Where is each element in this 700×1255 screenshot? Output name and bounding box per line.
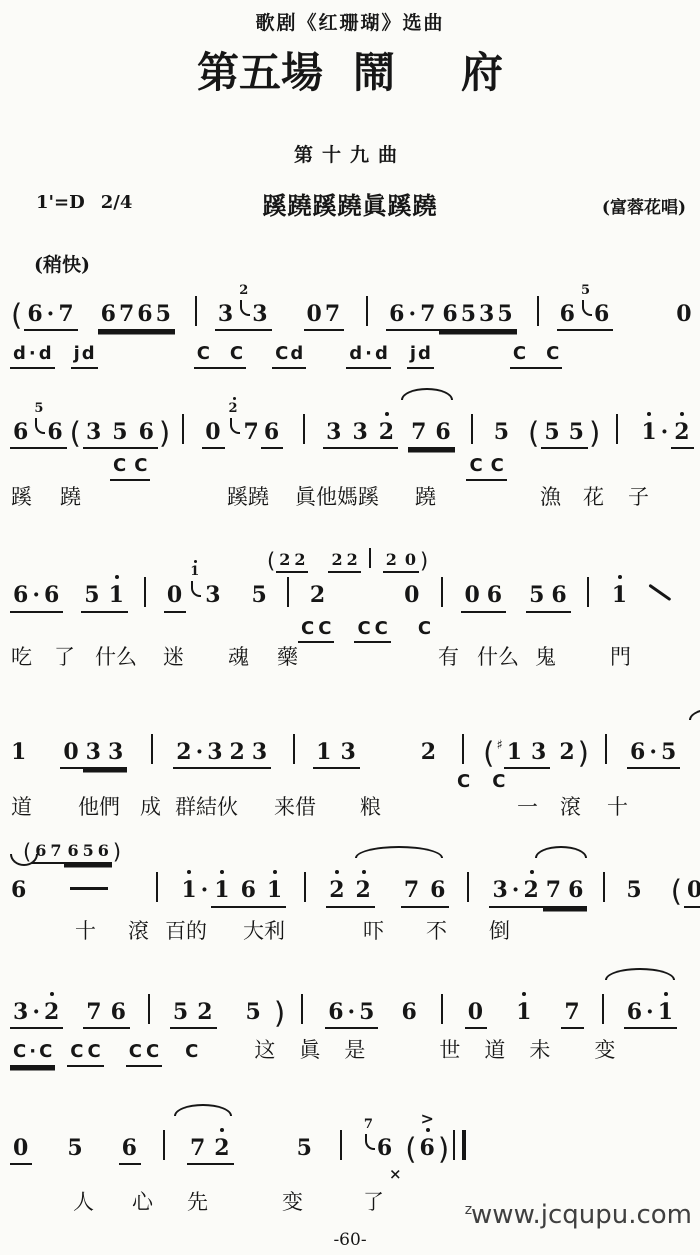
barline xyxy=(287,577,289,607)
barline xyxy=(293,734,295,764)
lyrics-row: 吃了什么迷魂藥有什么鬼門 xyxy=(10,645,696,669)
note: 3 xyxy=(217,302,235,327)
augmentation-dot: · xyxy=(363,344,374,365)
notes-row: 3·276525)6·560176·13 xyxy=(10,994,696,1030)
beam-group: 07 xyxy=(304,302,345,331)
beam-group: 656 xyxy=(557,297,614,331)
tie-arc xyxy=(689,708,700,720)
beam-group: 7 xyxy=(561,1000,583,1029)
beam-group: CC xyxy=(466,456,506,481)
note: 5 xyxy=(358,1000,376,1025)
perc-row: d·djdCCCdd·djdCC xyxy=(10,344,696,369)
note: 6 xyxy=(12,583,30,608)
note: 6 xyxy=(10,878,28,903)
beam-group: jd xyxy=(407,344,434,369)
barline xyxy=(462,734,464,764)
beam-group: 6 xyxy=(119,1136,141,1165)
beam-group: CC xyxy=(354,619,390,644)
lyric-char: 是 xyxy=(343,1038,366,1062)
note: 3 xyxy=(530,740,548,765)
beam-group: 161 xyxy=(211,878,286,907)
percussion-syllable: d xyxy=(12,344,27,365)
note: 6 xyxy=(441,302,459,327)
note: 3 xyxy=(478,302,496,327)
beam-group: CC xyxy=(298,619,334,644)
note: 3 xyxy=(204,583,222,608)
note: 6 xyxy=(327,1000,345,1025)
grace-note: 2 xyxy=(235,297,251,323)
lyric-char: 迷 xyxy=(162,645,185,669)
tempo-marking: (稍快) xyxy=(34,250,90,277)
barline xyxy=(587,577,589,607)
lyric-char: 花 xyxy=(582,485,605,509)
lyrics-row: 蹊蹺蹊蹺眞他媽蹊蹺漁花子 xyxy=(10,485,696,509)
note: 7 xyxy=(189,1136,207,1161)
notes-row: (6·76765323076·765356560) xyxy=(10,296,696,332)
lyric-char: 世 xyxy=(438,1038,461,1062)
note: 6 xyxy=(567,878,585,903)
parenthesis: ) xyxy=(112,840,122,864)
singer-attribution: (富蓉花唱) xyxy=(602,193,686,218)
augmentation-dot: · xyxy=(647,740,660,765)
barline xyxy=(441,994,443,1024)
lyric-char: 成 xyxy=(139,795,162,819)
note: 3 xyxy=(351,420,369,445)
lyric-char: 滾 xyxy=(127,919,150,943)
grace-note: 5 xyxy=(577,297,593,323)
note: 0 xyxy=(166,583,184,608)
note: 5 xyxy=(625,878,643,903)
barline xyxy=(163,1130,165,1160)
watermark: zwww.jcqupu.com xyxy=(465,1200,692,1230)
note: 7 xyxy=(57,302,75,327)
percussion-syllable: C xyxy=(145,1042,160,1063)
augmentation-dot: · xyxy=(199,878,212,903)
beam-group: 323 xyxy=(215,297,272,331)
note: 5 xyxy=(251,583,269,608)
note: 5 xyxy=(460,302,478,327)
note: 2 xyxy=(522,878,540,903)
lyric-char: 漁 xyxy=(539,485,562,509)
parenthesis: ( xyxy=(69,417,83,450)
final-barline xyxy=(453,1130,466,1160)
percussion-syllable: C xyxy=(491,772,506,793)
percussion-syllable: d xyxy=(38,344,53,365)
lyric-char: 人 xyxy=(72,1190,95,1214)
beam-group: CC xyxy=(510,344,562,369)
lyric-char: 門 xyxy=(609,645,632,669)
note: 6 xyxy=(240,878,258,903)
augmentation-dot: · xyxy=(27,1042,38,1063)
notes-row: 10332·323132(♯132)6·56 xyxy=(10,734,696,770)
notes-row: 656(356)0276332765(55)1·21 xyxy=(10,414,696,450)
note: 7 xyxy=(243,420,261,445)
beam-group: 22 xyxy=(276,551,308,573)
lyric-char: 道 xyxy=(483,1038,506,1062)
beam-group: 76 xyxy=(543,878,588,907)
note: 2 xyxy=(196,1000,214,1025)
lyric-char: 十 xyxy=(74,919,97,943)
cue-note: 6 xyxy=(66,842,79,860)
beam-group: 22 xyxy=(328,551,360,573)
beam-group: 2 xyxy=(671,420,693,449)
note: 3 xyxy=(325,420,343,445)
grace-hook xyxy=(35,418,45,434)
note: 5 xyxy=(172,1000,190,1025)
note: 6 xyxy=(486,583,504,608)
barline xyxy=(603,872,605,902)
parenthesis: ) xyxy=(419,549,429,573)
beam-group: 13 xyxy=(313,740,360,769)
note: 1 xyxy=(10,740,28,765)
note: 1 xyxy=(657,1000,675,1025)
lyric-char: 有 xyxy=(437,645,460,669)
note: 3 xyxy=(85,740,103,765)
barline xyxy=(144,577,146,607)
beam-group: CC xyxy=(110,456,150,481)
key-signature: 1'=D2/4 xyxy=(36,192,132,213)
lyrics-row: 道他們成群結伙来借粮一滾十 xyxy=(10,795,696,819)
note: 6 xyxy=(593,302,611,327)
system-4: 10332·323132(♯132)6·56CC道他們成群結伙来借粮一滾十 xyxy=(10,734,696,819)
percussion-syllable: C xyxy=(112,456,127,477)
barline xyxy=(303,414,305,444)
lyric-char: 吓 xyxy=(362,919,385,943)
note: 6 xyxy=(376,1136,394,1161)
grace-note: 2 xyxy=(225,415,241,441)
tie-arc xyxy=(174,1104,232,1116)
barline xyxy=(467,872,469,902)
beam-group: 76 xyxy=(83,1000,130,1029)
beam-group: 6·7 xyxy=(24,302,77,331)
augmentation-dot: · xyxy=(510,878,523,903)
beam-group: 656 xyxy=(10,415,67,449)
beam-group: 13 xyxy=(504,740,551,769)
beam-group: 0 xyxy=(10,1136,32,1165)
barline xyxy=(366,296,368,326)
beam-group: 52 xyxy=(170,1000,217,1029)
barline xyxy=(369,548,371,568)
cue-row: (222220) xyxy=(10,548,696,573)
grace-hook xyxy=(240,300,250,316)
percussion-syllable: C xyxy=(490,456,505,477)
beam-group: 656 xyxy=(64,842,111,864)
note: 7 xyxy=(410,420,428,445)
beam-group: 6·7 xyxy=(386,302,439,331)
note: 3 xyxy=(206,740,224,765)
watermark-text: www.jcqupu.com xyxy=(471,1200,692,1230)
lyric-char: 眞他媽蹊 xyxy=(294,485,380,509)
note: 7 xyxy=(118,302,136,327)
note: 7 xyxy=(545,878,563,903)
percussion-syllable: C xyxy=(274,344,289,365)
lyric-char: 鬼 xyxy=(534,645,557,669)
note: 1 xyxy=(640,420,658,445)
system-6: 3·276525)6·560176·13C·CCCCCC这眞是世道未变 xyxy=(10,994,696,1067)
beam-group: 332 xyxy=(323,420,398,449)
note: 2 xyxy=(420,740,438,765)
note: 6 xyxy=(429,878,447,903)
beam-group: 3·2 xyxy=(489,878,542,907)
note: 5 xyxy=(296,1136,314,1161)
barline xyxy=(537,296,539,326)
lyric-char: 道 xyxy=(10,795,33,819)
note: 7 xyxy=(563,1000,581,1025)
note: 0 xyxy=(204,420,222,445)
lyric-char: 蹊蹺 xyxy=(226,485,270,509)
parenthesis: ( xyxy=(482,737,496,770)
lyric-char: 子 xyxy=(627,485,650,509)
note: 2 xyxy=(328,878,346,903)
beam-group: 23 xyxy=(227,740,272,769)
note: 2 xyxy=(673,420,691,445)
note: 2 xyxy=(175,740,193,765)
parenthesis: ) xyxy=(273,997,287,1030)
lyric-char: 倒 xyxy=(488,919,511,943)
beam-group: 6·5 xyxy=(627,740,680,769)
scene-title-part2: 鬧 xyxy=(353,48,395,97)
parenthesis: ) xyxy=(588,417,602,450)
sub-row: × xyxy=(10,1166,696,1183)
note: 0 xyxy=(12,1136,30,1161)
lyric-char: 一 xyxy=(516,795,539,819)
note: 1 xyxy=(515,1000,533,1025)
scene-title-part1: 第五場 xyxy=(197,48,323,97)
beam-group: CC xyxy=(67,1042,103,1067)
sustain-dash xyxy=(70,887,108,890)
slide-mark xyxy=(649,584,672,601)
lyric-char: 眞 xyxy=(298,1038,321,1062)
note: 1 xyxy=(213,878,231,903)
note: 0 xyxy=(403,583,421,608)
note: 5 xyxy=(493,420,511,445)
note: 3 xyxy=(339,740,357,765)
percussion-syllable: d xyxy=(348,344,363,365)
key-value: 1'=D xyxy=(36,192,85,213)
percussion-syllable: C xyxy=(512,344,527,365)
parenthesis: ( xyxy=(22,840,32,864)
percussion-syllable: C xyxy=(184,1042,199,1063)
perc-row: CCCC xyxy=(10,456,696,481)
note: 2 xyxy=(309,583,327,608)
grace-hook xyxy=(191,581,201,597)
percussion-syllable: C xyxy=(300,619,315,640)
beam-group: jd xyxy=(71,344,98,369)
beam-group: 56 xyxy=(526,583,571,612)
percussion-syllable: d xyxy=(417,344,432,365)
note: 6 xyxy=(46,420,64,445)
percussion-syllable: d xyxy=(289,344,304,365)
lyric-char: 变 xyxy=(593,1038,616,1062)
note: 6 xyxy=(626,1000,644,1025)
note: 5 xyxy=(155,302,173,327)
beam-group: 6 xyxy=(261,420,283,449)
percussion-syllable: j xyxy=(73,344,81,365)
lyric-char: 魂 xyxy=(227,645,250,669)
song-title: 蹊蹺蹊蹺眞蹊蹺 xyxy=(263,186,438,221)
tie-arc xyxy=(401,388,453,400)
note: 6 xyxy=(110,1000,128,1025)
note: 6 xyxy=(400,1000,418,1025)
note: 0 xyxy=(675,302,693,327)
scene-title: 第五場鬧府 xyxy=(0,40,700,100)
system-5: (67656)61·16122763·2765(06十滾百的大利吓不倒 xyxy=(10,840,696,943)
lyric-char: 未 xyxy=(528,1038,551,1062)
note: 5 xyxy=(660,740,678,765)
parenthesis: ( xyxy=(670,875,684,908)
parenthesis: ( xyxy=(527,417,541,450)
cue-note: 5 xyxy=(82,842,95,860)
cue-note: 6 xyxy=(97,842,110,860)
beam-group: CC xyxy=(126,1042,162,1067)
note: 7 xyxy=(85,1000,103,1025)
percussion-syllable: d xyxy=(374,344,389,365)
barline xyxy=(605,734,607,764)
augmentation-dot: · xyxy=(406,302,419,327)
grace-note: 7 xyxy=(360,1131,376,1157)
beam-group: 55 xyxy=(541,420,588,449)
lyric-char: 什么 xyxy=(94,645,138,669)
percussion-syllable: C xyxy=(356,619,371,640)
beam-group: 20 xyxy=(383,551,419,573)
barline xyxy=(148,994,150,1024)
beam-group: C·C xyxy=(10,1042,55,1067)
note: 0 xyxy=(467,1000,485,1025)
barline xyxy=(616,414,618,444)
note: 5 xyxy=(528,583,546,608)
lyric-char: 粮 xyxy=(359,795,382,819)
beam-group: 76 xyxy=(408,420,455,449)
percussion-syllable: C xyxy=(87,1042,102,1063)
note: 3 xyxy=(85,420,103,445)
lyric-char: 不 xyxy=(425,919,448,943)
song-number: 第十九曲 xyxy=(0,140,700,167)
note: 6 xyxy=(138,420,156,445)
lyric-char: 变 xyxy=(281,1190,304,1214)
beam-group: 6535 xyxy=(439,302,516,331)
cue-note: 7 xyxy=(49,842,62,860)
note: 1 xyxy=(108,583,126,608)
perc-row: C·CCCCCC这眞是世道未变 xyxy=(10,1038,696,1067)
notes-row: 61·16122763·2765(06 xyxy=(10,872,696,908)
beam-group: d·d xyxy=(10,344,55,369)
note: 2 xyxy=(229,740,247,765)
barline xyxy=(151,734,153,764)
beam-group: 0 xyxy=(202,420,224,449)
barline xyxy=(182,414,184,444)
note: 2 xyxy=(558,740,576,765)
note: 5 xyxy=(66,1136,84,1161)
note: 3 xyxy=(12,1000,30,1025)
beam-group: 6·5 xyxy=(325,1000,378,1029)
percussion-syllable: C xyxy=(38,1042,53,1063)
percussion-syllable: C xyxy=(128,1042,143,1063)
percussion-syllable: C xyxy=(374,619,389,640)
lyric-char: 十 xyxy=(606,795,629,819)
scene-title-part3: 府 xyxy=(461,48,503,97)
notes-row: 6·651013520065616 xyxy=(10,577,696,612)
percussion-syllable: C xyxy=(12,1042,27,1063)
percussion-syllable: C xyxy=(69,1042,84,1063)
note: 6 xyxy=(263,420,281,445)
grace-hook xyxy=(230,418,240,434)
note: 5 xyxy=(83,583,101,608)
percussion-syllable: C xyxy=(317,619,332,640)
parenthesis: ) xyxy=(158,417,172,450)
lyric-char: 百的 xyxy=(164,919,208,943)
beam-group: 67 xyxy=(32,842,64,864)
note: 6 xyxy=(388,302,406,327)
augmentation-dot: · xyxy=(45,302,58,327)
lyric-char: 蹺 xyxy=(414,485,437,509)
percussion-syllable: C xyxy=(545,344,560,365)
percussion-syllable: C xyxy=(229,344,244,365)
barline xyxy=(602,994,604,1024)
note: 5 xyxy=(245,1000,263,1025)
beam-group: 0 xyxy=(164,583,186,612)
grace-note: 5 xyxy=(30,415,46,441)
note: 6 xyxy=(12,420,30,445)
augmentation-dot: · xyxy=(644,1000,657,1025)
system-2: 656(356)0276332765(55)1·21CCCC蹊蹺蹊蹺眞他媽蹊蹺漁… xyxy=(10,414,696,509)
lyric-char: 什么 xyxy=(476,645,520,669)
beam-group: 72 xyxy=(187,1136,234,1165)
note: 6 xyxy=(434,420,452,445)
note: 6 xyxy=(419,1136,437,1161)
perc-row: CCCCC xyxy=(10,619,696,644)
lyric-char: 群結伙 xyxy=(174,795,239,819)
beam-group: 0 xyxy=(60,740,82,769)
parenthesis: ) xyxy=(577,737,591,770)
lyric-char: 吃 xyxy=(10,645,33,669)
augmentation-dot: · xyxy=(346,1000,359,1025)
time-signature: 2/4 xyxy=(101,192,133,213)
cue-note: 2 xyxy=(278,551,291,569)
beam-group: 6·6 xyxy=(10,583,63,612)
barline xyxy=(156,872,158,902)
parenthesis: ( xyxy=(10,299,24,332)
beam-group: CC xyxy=(194,344,246,369)
note: 7 xyxy=(419,302,437,327)
barline xyxy=(304,872,306,902)
beam-group: d·d xyxy=(346,344,391,369)
series-title: 歌剧《红珊瑚》选曲 xyxy=(0,8,700,35)
beam-group: 06 xyxy=(684,878,700,907)
augmentation-dot: · xyxy=(30,1000,43,1025)
sharp-sign: ♯ xyxy=(496,739,503,754)
cue-note: 0 xyxy=(404,551,417,569)
percussion-syllable: C xyxy=(456,772,471,793)
note: 6 xyxy=(43,583,61,608)
note: 5 xyxy=(543,420,561,445)
barline xyxy=(195,296,197,326)
lyric-char: 他們 xyxy=(77,795,121,819)
note: 5 xyxy=(496,302,514,327)
cue-note: 2 xyxy=(293,551,306,569)
cue-note: 6 xyxy=(34,842,47,860)
lyric-char: 蹺 xyxy=(59,485,82,509)
notes-row: 05672576(6) xyxy=(10,1130,696,1166)
grace-note: 1 xyxy=(186,578,202,604)
cue-row: (67656) xyxy=(10,840,696,864)
note: 5 xyxy=(568,420,586,445)
x-mark: × xyxy=(388,1166,403,1183)
cue-note: 2 xyxy=(346,551,359,569)
percussion-syllable: C xyxy=(468,456,483,477)
beam-group: 76 xyxy=(401,878,450,907)
beam-group: 51 xyxy=(81,583,128,612)
lyric-char: 了 xyxy=(362,1190,385,1214)
